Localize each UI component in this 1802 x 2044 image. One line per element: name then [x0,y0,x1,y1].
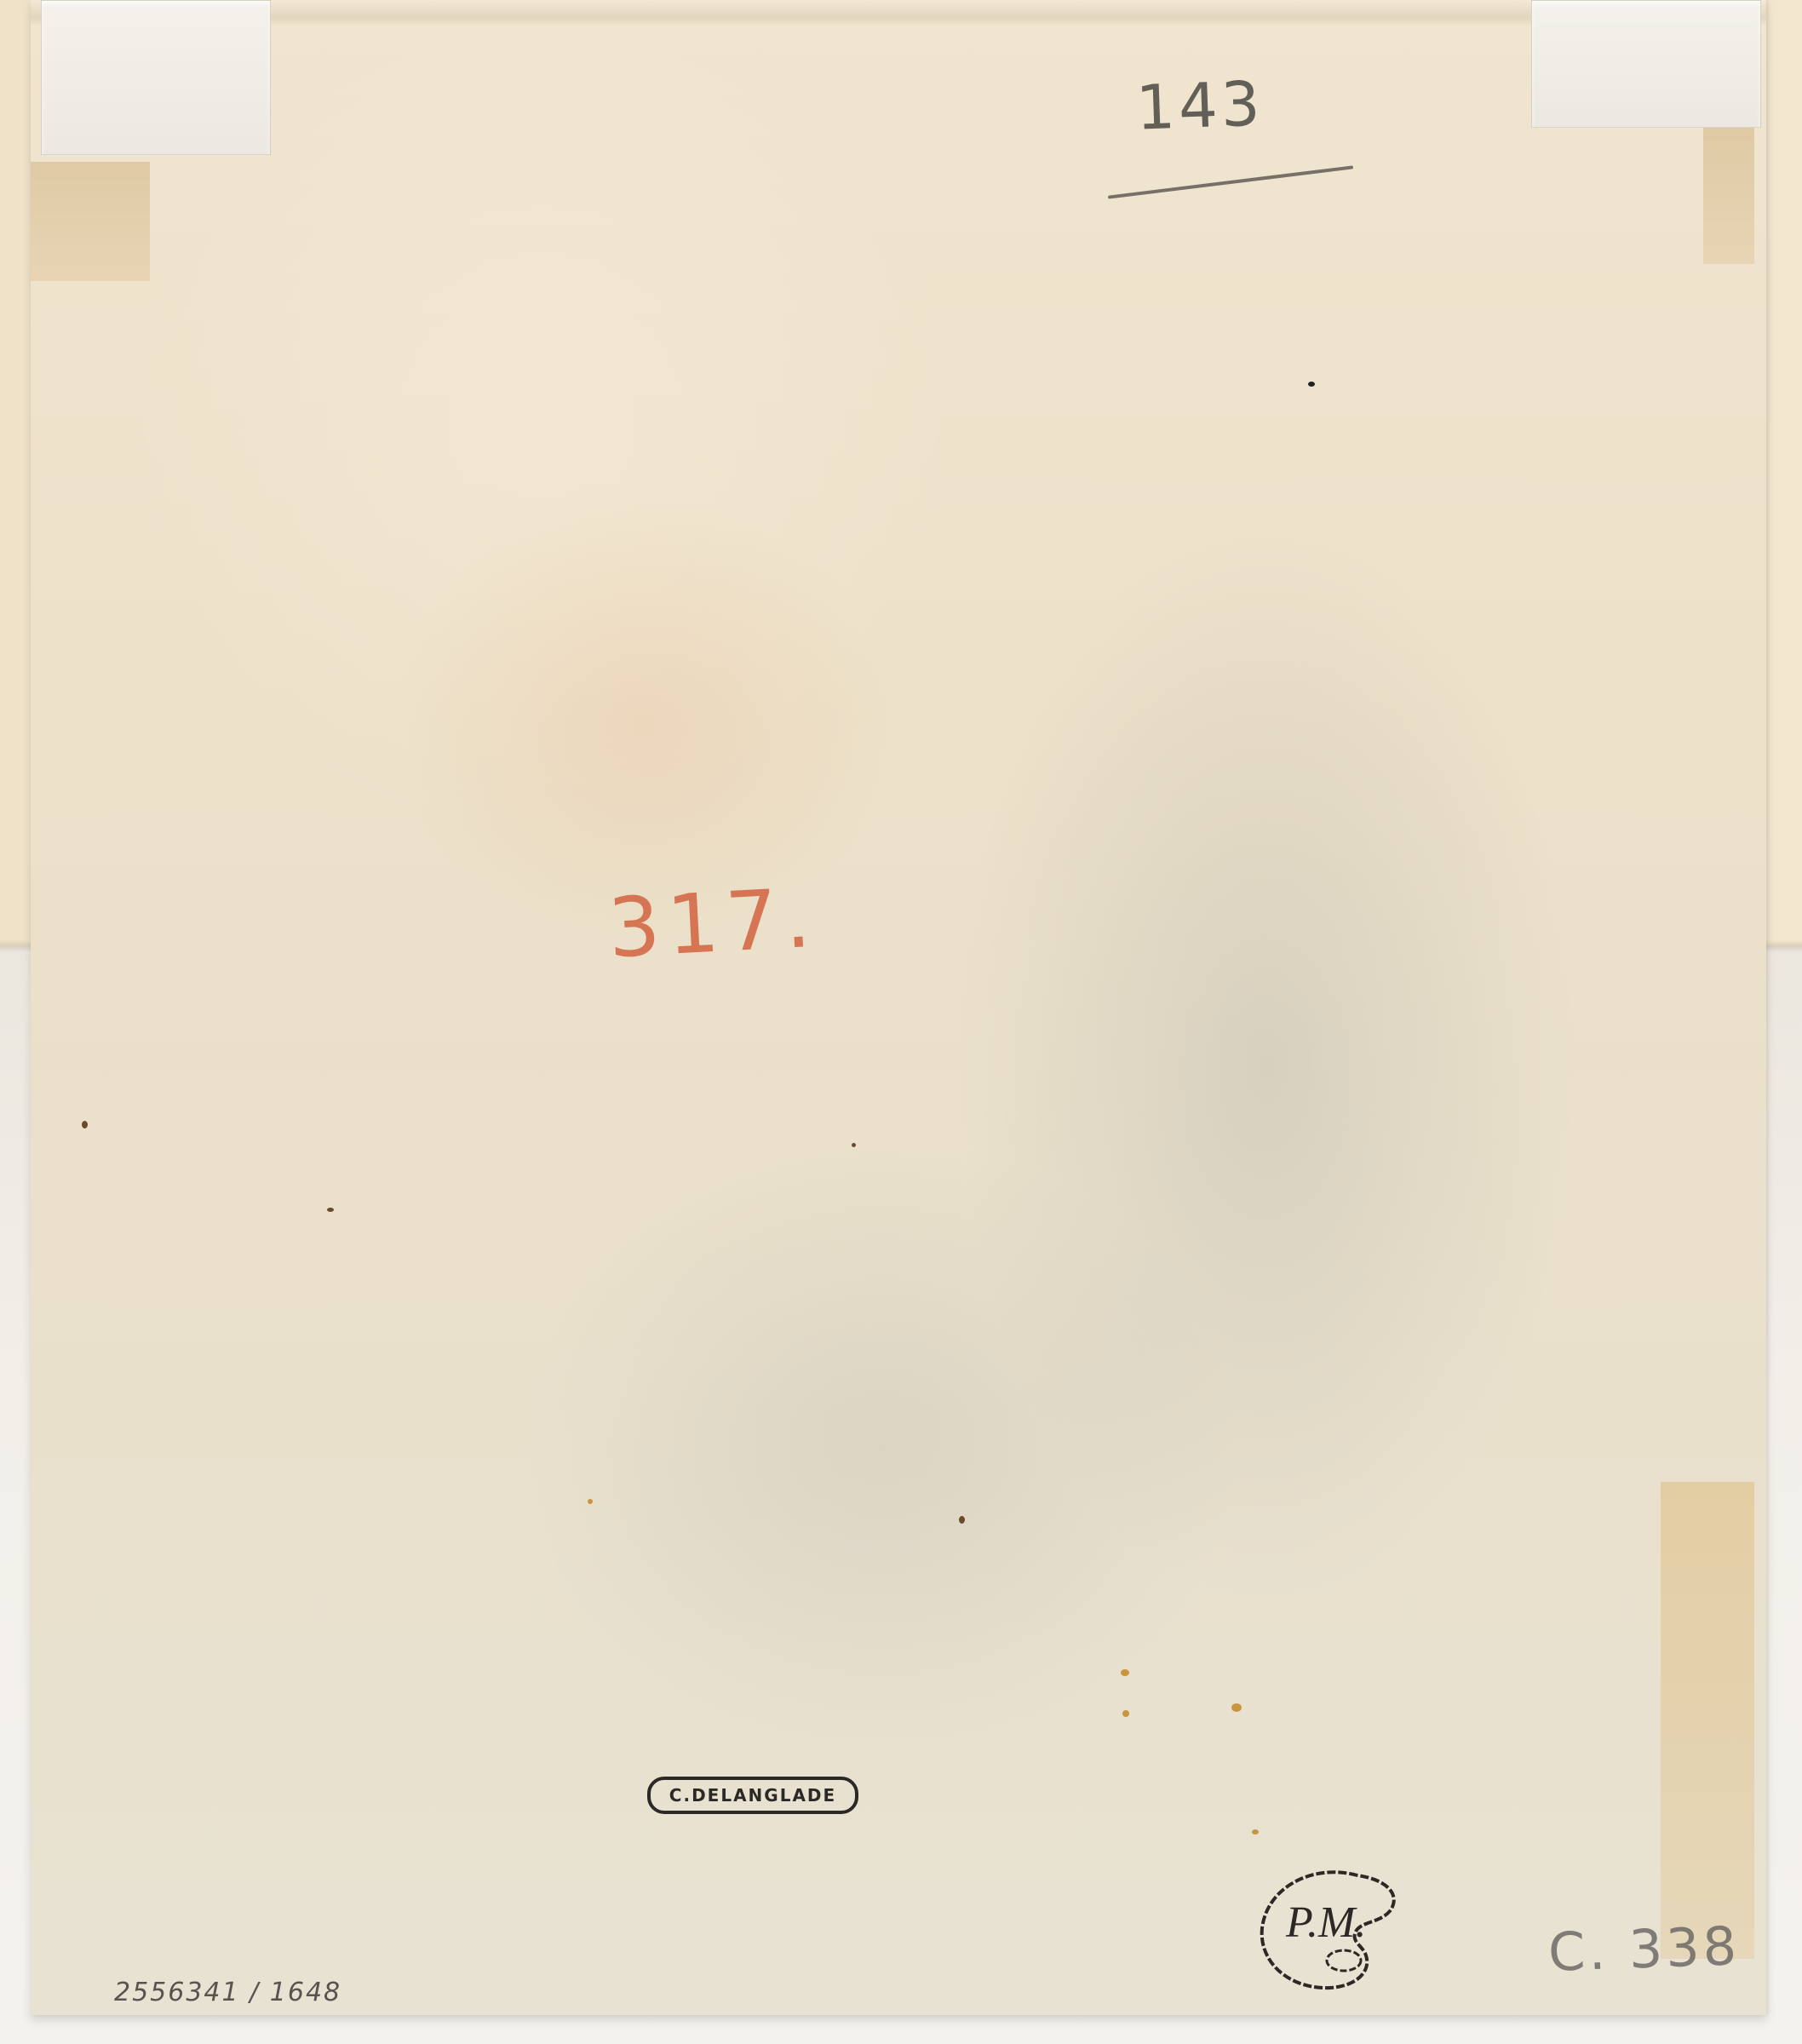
speck [327,1208,334,1212]
stamp-pm-palette: P.M. [1255,1860,1410,1996]
palette-icon: P.M. [1255,1860,1410,1996]
tape-stain-right [1703,128,1754,264]
inscription-inventory-number: 2556341 / 1648 [114,1978,341,2007]
inscription-317: 317. [605,870,819,977]
speck [1231,1703,1242,1712]
svg-text:P.M.: P.M. [1285,1898,1366,1947]
stamp-delanglade-text: C.DELANGLADE [669,1785,836,1806]
tape-hinge-right [1531,0,1761,128]
tape-hinge-left [41,0,271,155]
speck [588,1499,593,1504]
inscription-143: 143 [1135,67,1265,143]
speck [1121,1669,1129,1676]
speck [852,1143,856,1147]
tape-stain-lower-right [1661,1482,1754,1959]
speck [1122,1710,1129,1717]
speck [959,1516,965,1524]
stamp-delanglade: C.DELANGLADE [647,1777,858,1814]
speck [1308,382,1315,387]
speck [1252,1829,1259,1834]
speck [82,1121,88,1128]
inscription-c338: C. 338 [1547,1915,1741,1984]
tape-stain-left [31,162,150,281]
sheet-top-edge [31,0,1766,26]
paper-sheet [31,0,1766,2015]
